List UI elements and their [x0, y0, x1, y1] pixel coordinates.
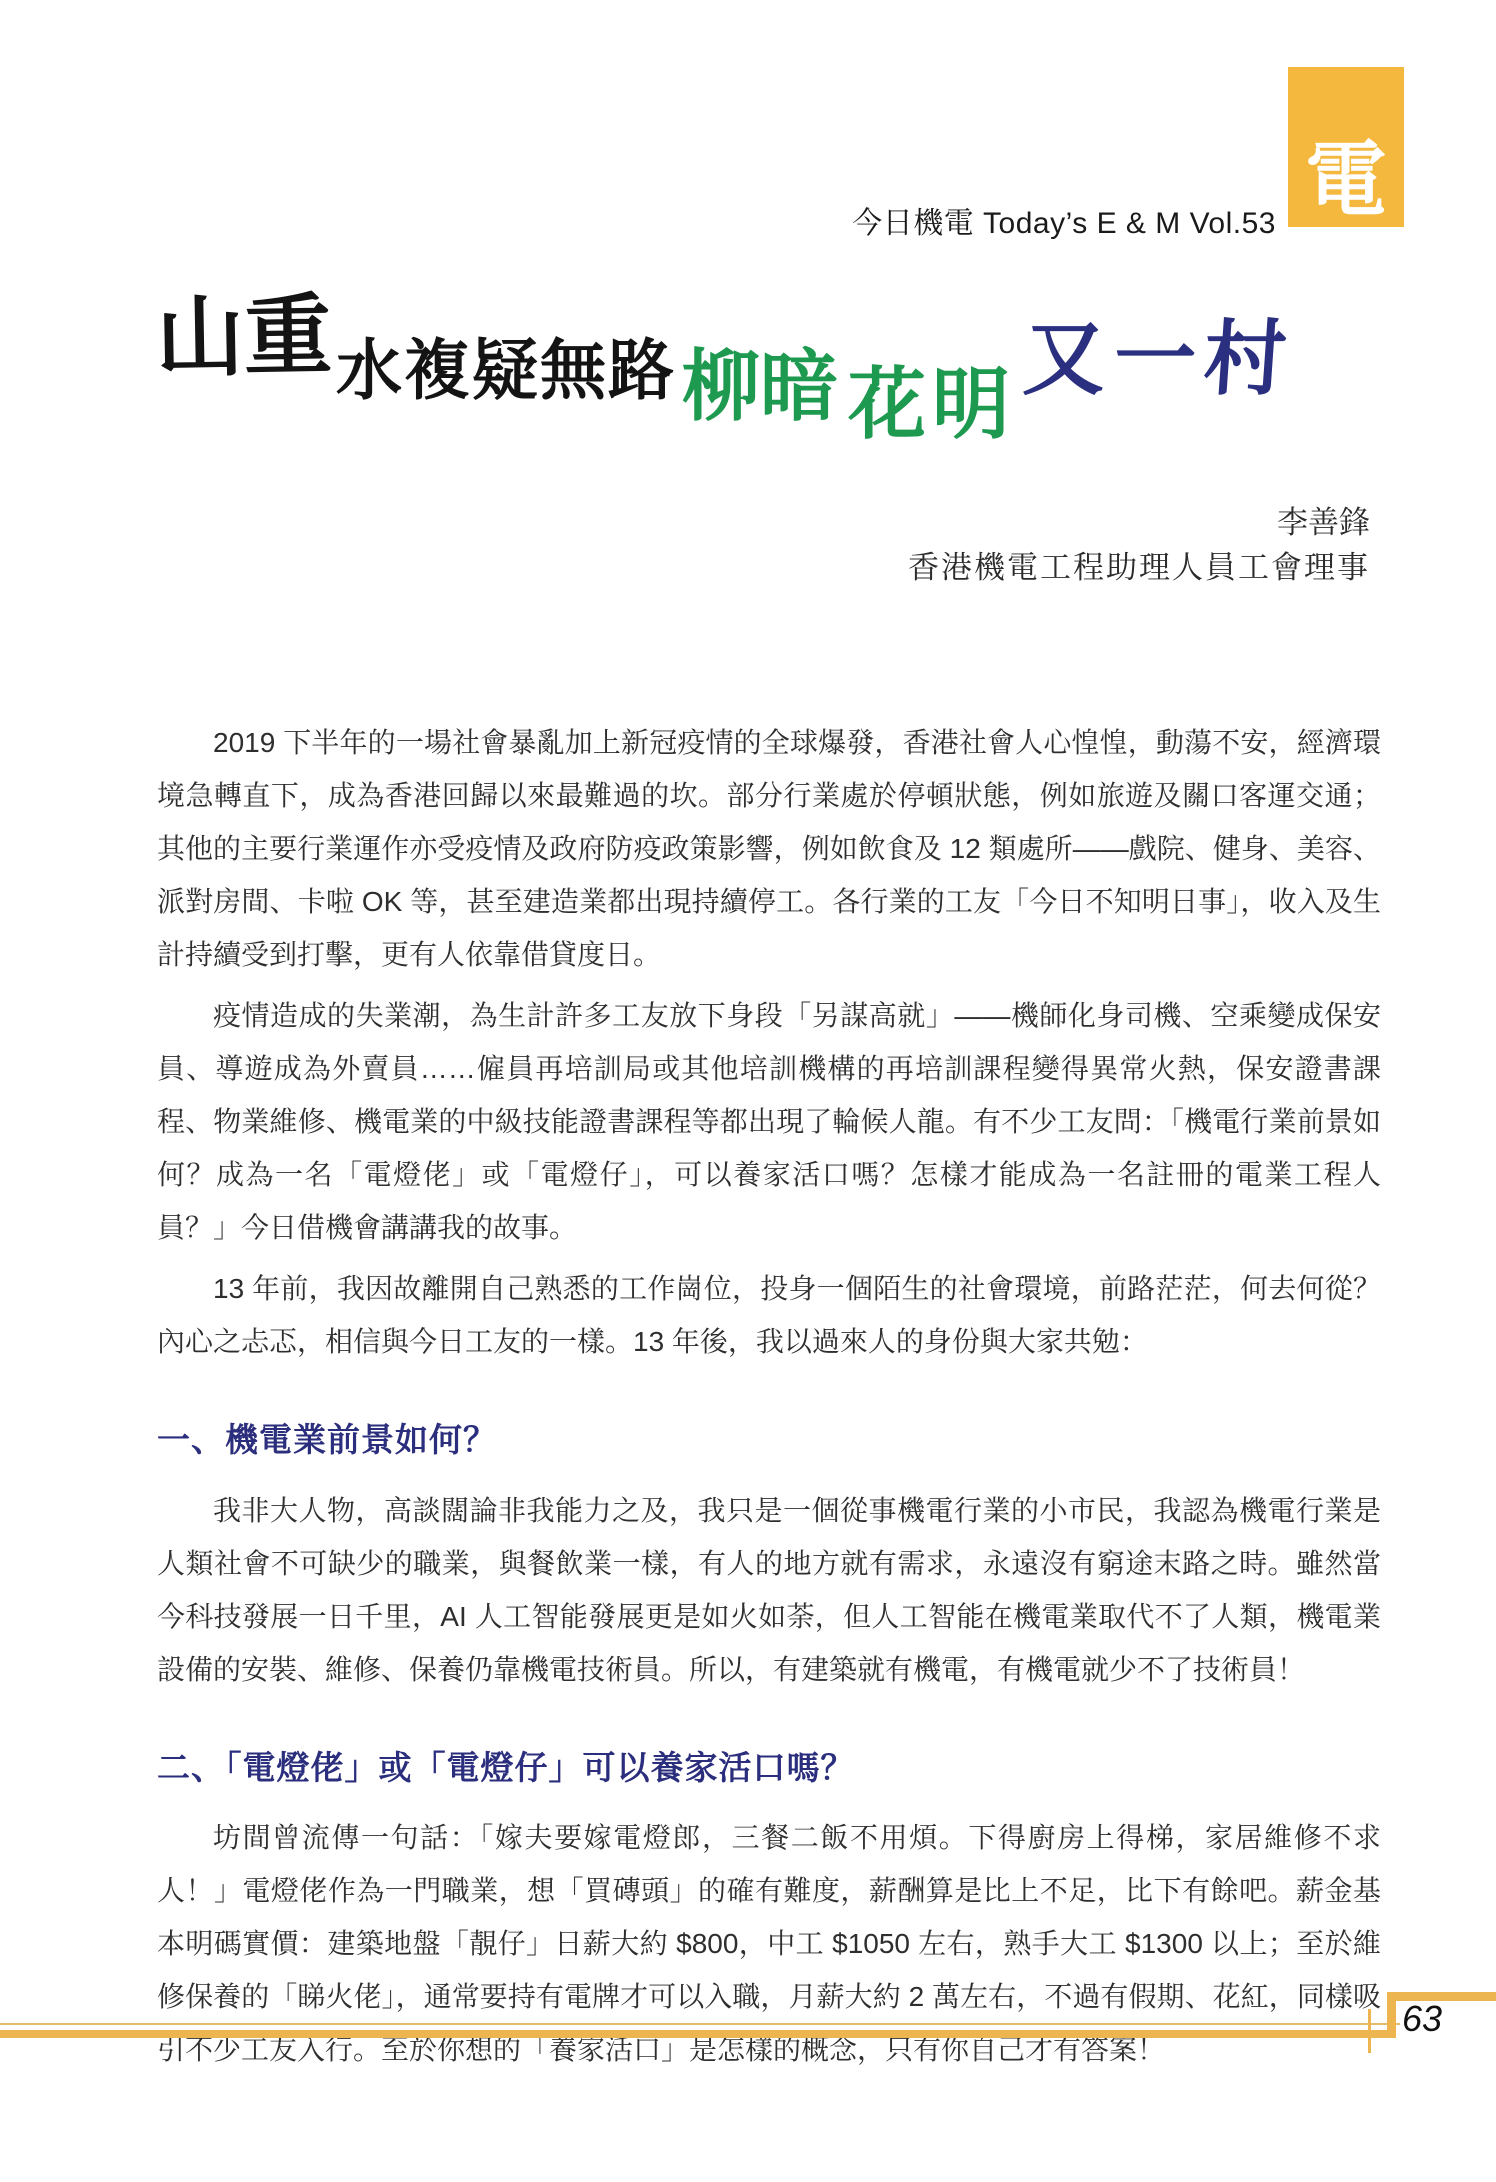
footer-thin-vertical-rule [1368, 2009, 1371, 2053]
author-affiliation: 香港機電工程助理人員工會理事 [908, 545, 1370, 590]
page-number: 63 [1402, 2001, 1442, 2037]
title-segment-4: 花明 [848, 364, 1016, 446]
section-1-paragraph: 我非大人物，高談闊論非我能力之及，我只是一個從事機電行業的小市民，我認為機電行業… [157, 1484, 1381, 1696]
magazine-page: { "header": { "issue_title": "今日機電 Today… [0, 0, 1496, 2182]
section-badge: 電 [1288, 67, 1404, 227]
section-2: 二、「電燈佬」或「電燈仔」可以養家活口嗎？ 坊間曾流傳一句話：「嫁夫要嫁電燈郎，… [157, 1748, 1381, 2077]
byline: 李善鋒 香港機電工程助理人員工會理事 [908, 500, 1370, 590]
intro-paragraph-1: 2019 下半年的一場社會暴亂加上新冠疫情的全球爆發，香港社會人心惶惶，動蕩不安… [157, 716, 1381, 981]
intro-paragraph-2: 疫情造成的失業潮，為生計許多工友放下身段「另謀高就」——機師化身司機、空乘變成保… [157, 989, 1381, 1254]
section-1: 一、機電業前景如何？ 我非大人物，高談闊論非我能力之及，我只是一個從事機電行業的… [157, 1420, 1381, 1696]
issue-title: 今日機電 Today’s E & M Vol.53 [852, 198, 1276, 242]
footer-thick-rule [0, 2030, 1388, 2038]
intro-paragraph-3: 13 年前，我因故離開自己熟悉的工作崗位，投身一個陌生的社會環境，前路茫茫，何去… [157, 1262, 1381, 1368]
title-segment-5: 又一村 [1021, 316, 1297, 402]
title-segment-2: 水複疑無路 [336, 336, 676, 405]
author-name: 李善鋒 [908, 500, 1370, 545]
footer-thin-rule [0, 2023, 1400, 2025]
section-1-heading: 一、機電業前景如何？ [157, 1420, 1381, 1460]
title-segment-3: 柳暗 [682, 346, 838, 428]
title-segment-1: 山重 [155, 288, 333, 383]
article-body: 2019 下半年的一場社會暴亂加上新冠疫情的全球爆發，香港社會人心惶惶，動蕩不安… [157, 716, 1381, 2084]
article-title: 山重 水複疑無路 柳暗 花明 又一村 [156, 290, 1336, 446]
badge-character: 電 [1288, 139, 1404, 221]
section-2-heading: 二、「電燈佬」或「電燈仔」可以養家活口嗎？ [157, 1748, 1381, 1788]
